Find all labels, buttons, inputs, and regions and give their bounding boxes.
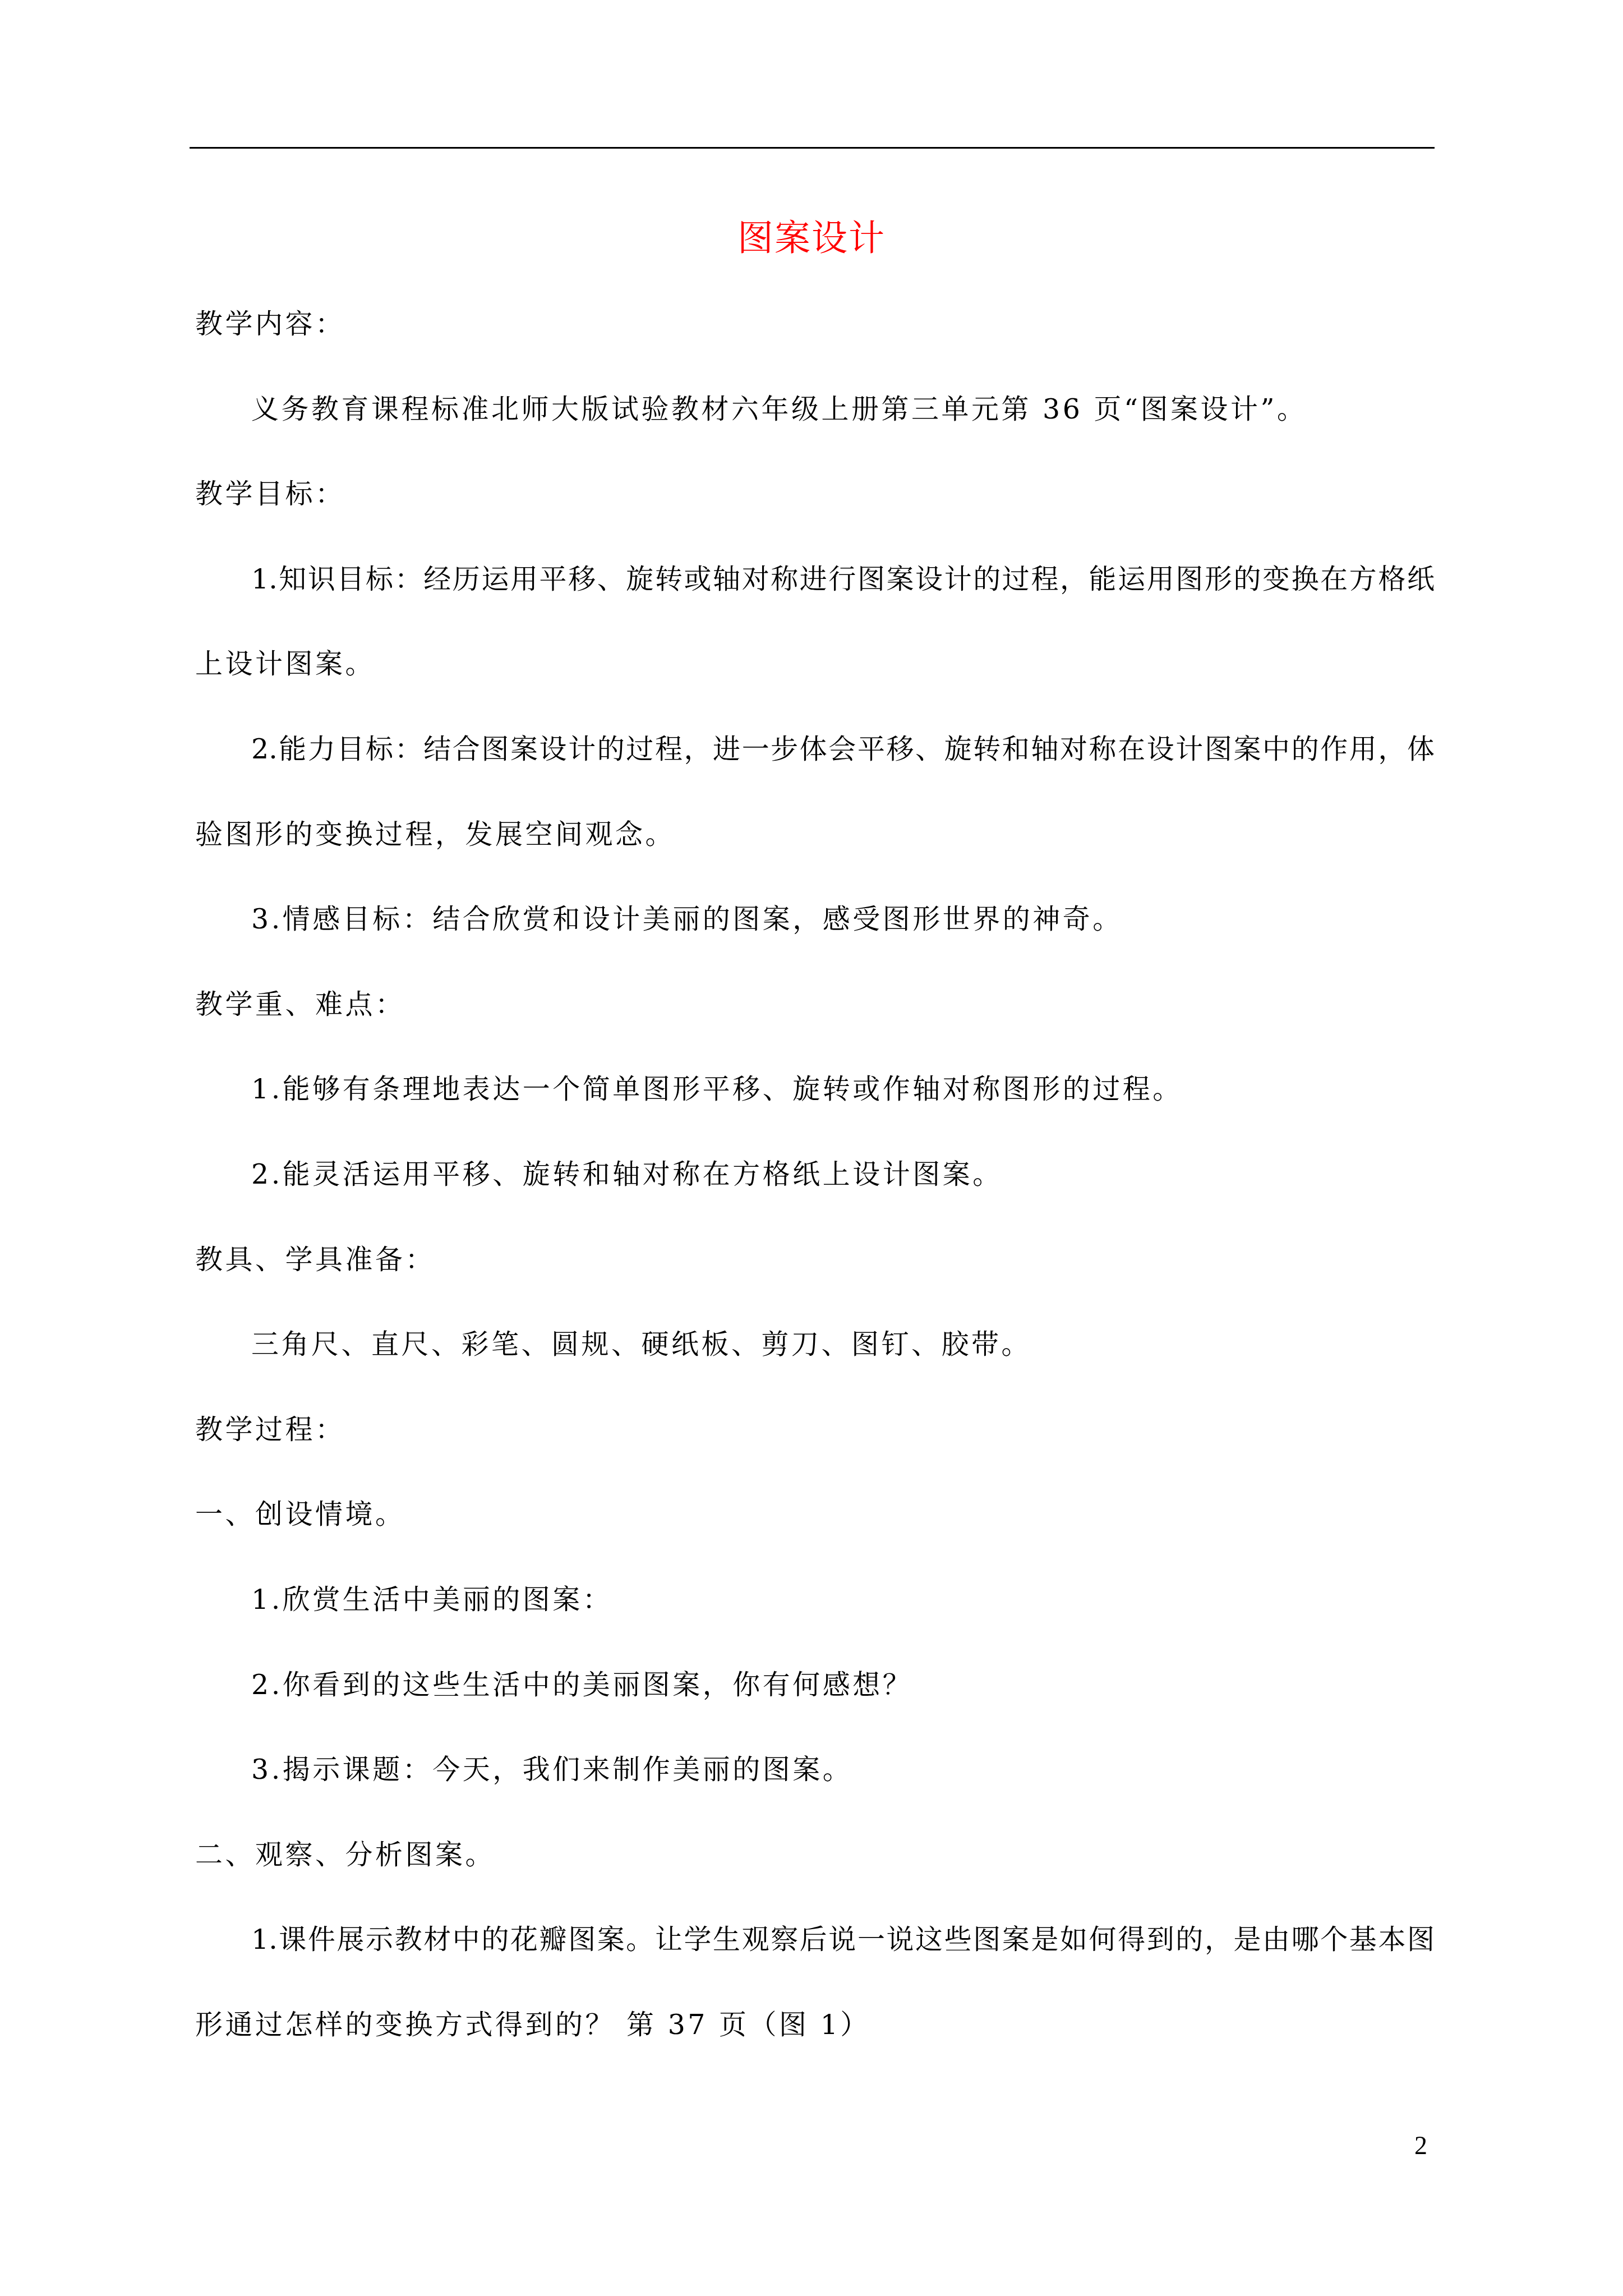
- section-heading-key-points: 教学重、难点：: [195, 962, 1435, 1047]
- header-rule: [190, 147, 1435, 149]
- section-heading-process: 教学过程：: [195, 1387, 1435, 1473]
- paragraph: 2.你看到的这些生活中的美丽图案，你有何感想？: [195, 1642, 1435, 1728]
- subsection-heading: 二、观察、分析图案。: [195, 1812, 1435, 1898]
- document-body: 教学内容： 义务教育课程标准北师大版试验教材六年级上册第三单元第 36 页“图案…: [195, 282, 1435, 2067]
- paragraph: 1.知识目标：经历运用平移、旋转或轴对称进行图案设计的过程，能运用图形的变换在方…: [195, 537, 1435, 622]
- section-heading-content: 教学内容：: [195, 282, 1435, 367]
- page-number: 2: [1414, 2132, 1427, 2160]
- section-heading-materials: 教具、学具准备：: [195, 1217, 1435, 1303]
- paragraph: 义务教育课程标准北师大版试验教材六年级上册第三单元第 36 页“图案设计”。: [195, 367, 1435, 452]
- document-page: 图案设计 教学内容： 义务教育课程标准北师大版试验教材六年级上册第三单元第 36…: [0, 0, 1623, 2296]
- section-heading-objectives: 教学目标：: [195, 452, 1435, 537]
- paragraph: 1.欣赏生活中美丽的图案：: [195, 1557, 1435, 1642]
- paragraph: 3.情感目标：结合欣赏和设计美丽的图案，感受图形世界的神奇。: [195, 877, 1435, 962]
- paragraph: 三角尺、直尺、彩笔、圆规、硬纸板、剪刀、图钉、胶带。: [195, 1302, 1435, 1387]
- paragraph: 2.能力目标：结合图案设计的过程，进一步体会平移、旋转和轴对称在设计图案中的作用…: [195, 707, 1435, 792]
- paragraph: 3.揭示课题：今天，我们来制作美丽的图案。: [195, 1727, 1435, 1812]
- paragraph: 1.课件展示教材中的花瓣图案。让学生观察后说一说这些图案是如何得到的，是由哪个基…: [195, 1897, 1435, 1982]
- paragraph-continuation: 验图形的变换过程，发展空间观念。: [195, 792, 1435, 877]
- subsection-heading: 一、创设情境。: [195, 1472, 1435, 1557]
- paragraph-continuation: 上设计图案。: [195, 622, 1435, 707]
- paragraph: 1.能够有条理地表达一个简单图形平移、旋转或作轴对称图形的过程。: [195, 1047, 1435, 1132]
- paragraph-continuation: 形通过怎样的变换方式得到的？ 第 37 页（图 1）: [195, 1982, 1435, 2068]
- document-title: 图案设计: [0, 213, 1623, 264]
- paragraph: 2.能灵活运用平移、旋转和轴对称在方格纸上设计图案。: [195, 1132, 1435, 1217]
